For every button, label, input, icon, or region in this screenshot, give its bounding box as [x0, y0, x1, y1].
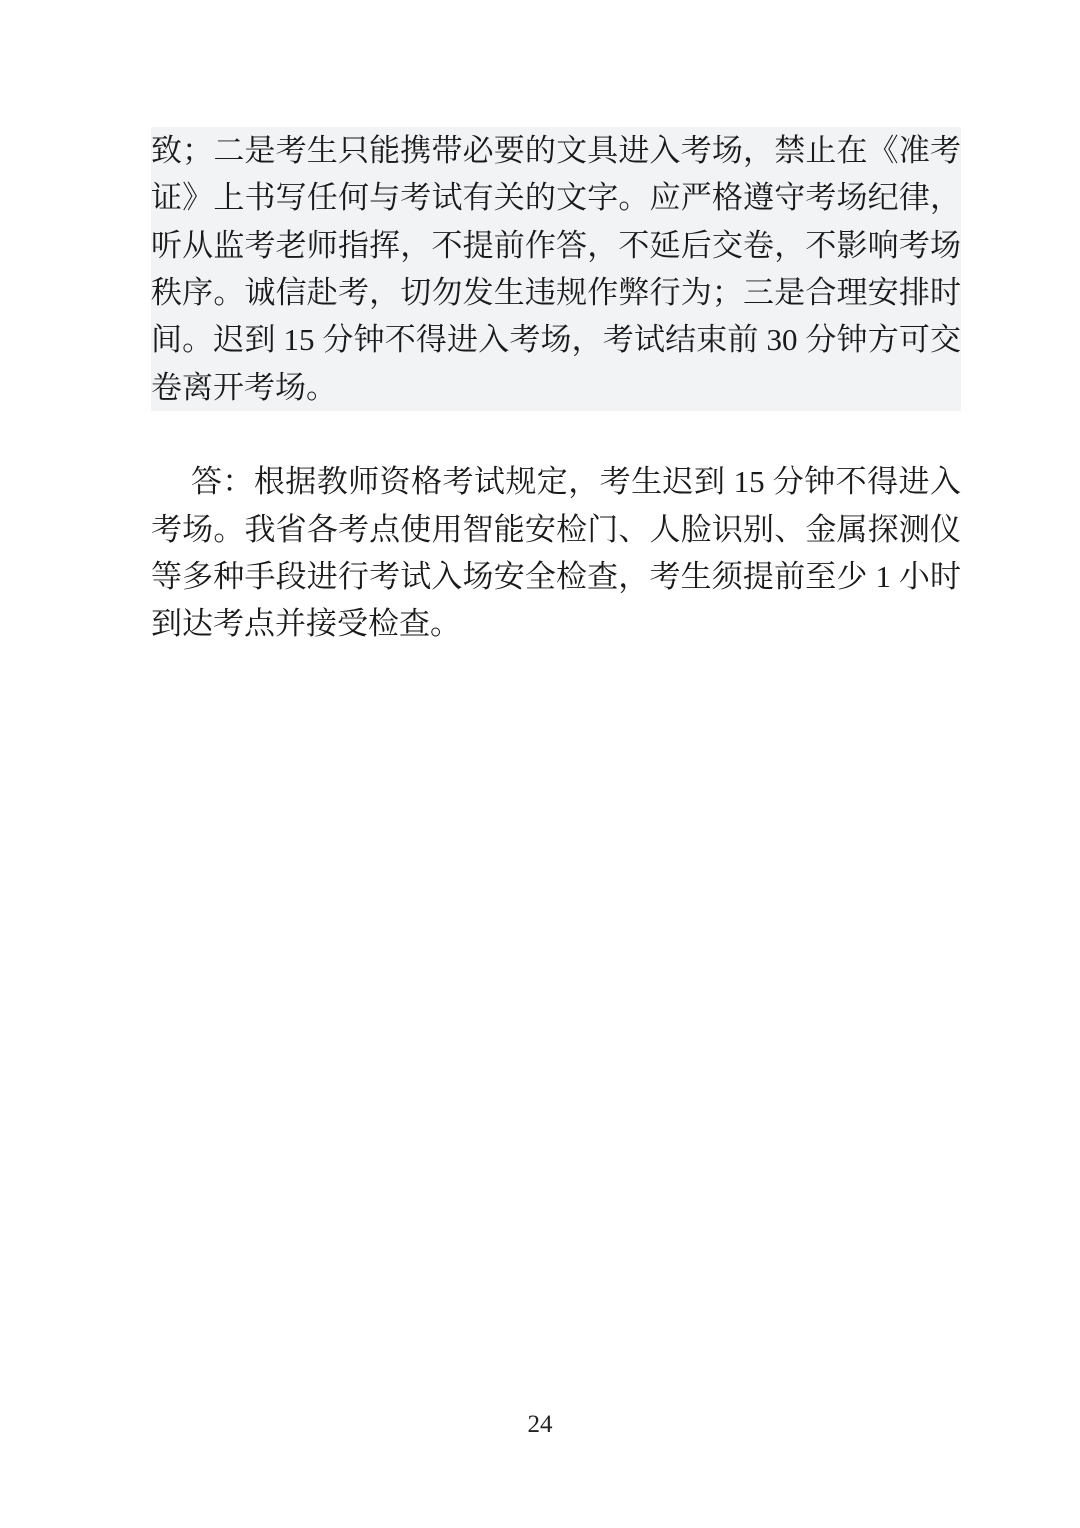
- question-heading: 29.考试需要提前到达考点吗？: [151, 411, 961, 458]
- paragraph-line: 间。迟到 15 分钟不得进入考场，考试结束前 30 分钟方可交: [151, 316, 961, 363]
- document-page: 致；二是考生只能携带必要的文具进入考场，禁止在《准考 证》上书写任何与考试有关的…: [0, 0, 1080, 1528]
- paragraph-line: 听从监考老师指挥，不提前作答，不延后交卷，不影响考场: [151, 222, 961, 269]
- paragraph-line: 证》上书写任何与考试有关的文字。应严格遵守考场纪律，: [151, 174, 961, 221]
- answer-line: 等多种手段进行考试入场安全检查，考生须提前至少 1 小时: [151, 553, 961, 600]
- answer-line: 答：根据教师资格考试规定，考生迟到 15 分钟不得进入: [151, 458, 961, 505]
- page-number: 24: [0, 1410, 1080, 1440]
- answer-line: 考场。我省各考点使用智能安检门、人脸识别、金属探测仪: [151, 506, 961, 553]
- paragraph-line: 卷离开考场。: [151, 364, 961, 411]
- answer-line: 到达考点并接受检查。: [151, 600, 961, 647]
- continued-paragraph: 致；二是考生只能携带必要的文具进入考场，禁止在《准考 证》上书写任何与考试有关的…: [151, 127, 961, 411]
- paragraph-line: 致；二是考生只能携带必要的文具进入考场，禁止在《准考: [151, 127, 961, 174]
- paragraph-line: 秩序。诚信赴考，切勿发生违规作弊行为；三是合理安排时: [151, 269, 961, 316]
- answer-paragraph: 答：根据教师资格考试规定，考生迟到 15 分钟不得进入 考场。我省各考点使用智能…: [151, 458, 961, 647]
- text-column: 致；二是考生只能携带必要的文具进入考场，禁止在《准考 证》上书写任何与考试有关的…: [151, 127, 961, 648]
